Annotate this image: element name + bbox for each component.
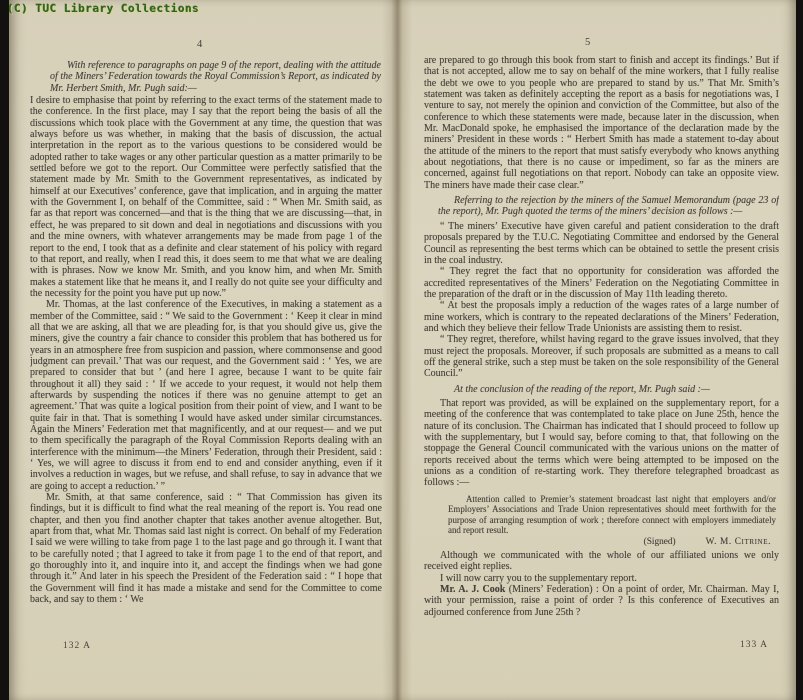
scan-edge-right bbox=[796, 0, 803, 700]
paragraph: are prepared to go through this book fro… bbox=[424, 55, 779, 191]
paragraph: I will now carry you to the supplementar… bbox=[424, 573, 779, 584]
quoted-paragraph: “ They regret, therefore, whilst having … bbox=[424, 334, 779, 379]
paragraph: I desire to emphasise that point by refe… bbox=[30, 95, 382, 299]
page-number-left: 4 bbox=[197, 39, 202, 50]
quoted-paragraph: “ At best the proposals imply a reductio… bbox=[424, 300, 779, 334]
speaker-name: Mr. A. J. Cook bbox=[440, 584, 505, 595]
paragraph: That report was provided, as will be exp… bbox=[424, 398, 779, 489]
quoted-paragraph: “ They regret the fact that no opportuni… bbox=[424, 266, 779, 300]
stage-direction: Referring to the rejection by the miners… bbox=[438, 195, 779, 218]
right-page-text-column: are prepared to go through this book fro… bbox=[424, 55, 779, 645]
signature-line: (Signed) W. M. Citrine. bbox=[424, 537, 771, 548]
paragraph: Mr. Smith, at that same conference, said… bbox=[30, 492, 382, 605]
paragraph: Mr. Thomas, at the last conference of th… bbox=[30, 299, 382, 492]
page-gutter-shadow bbox=[382, 0, 412, 700]
signed-name: W. M. Citrine. bbox=[706, 537, 771, 548]
scan-edge-left bbox=[0, 0, 9, 700]
stage-direction: At the conclusion of the reading of the … bbox=[438, 384, 779, 395]
paragraph: Although we communicated with the whole … bbox=[424, 550, 779, 573]
paragraph: Mr. A. J. Cook (Miners’ Federation) : On… bbox=[424, 584, 779, 618]
telegram-text: Attention called to Premier’s statement … bbox=[448, 494, 776, 536]
stage-direction: With reference to paragraphs on page 9 o… bbox=[50, 60, 381, 94]
folio-right: 133 A bbox=[740, 640, 768, 650]
library-watermark: (C) TUC Library Collections bbox=[7, 2, 199, 15]
scanned-book-spread: (C) TUC Library Collections 4 5 With ref… bbox=[0, 0, 803, 700]
left-page-text-column: With reference to paragraphs on page 9 o… bbox=[30, 60, 382, 646]
quoted-paragraph: “ The miners’ Executive have given caref… bbox=[424, 221, 779, 266]
page-number-right: 5 bbox=[585, 37, 590, 48]
signed-label: (Signed) bbox=[644, 537, 676, 548]
folio-left: 132 A bbox=[63, 641, 91, 651]
